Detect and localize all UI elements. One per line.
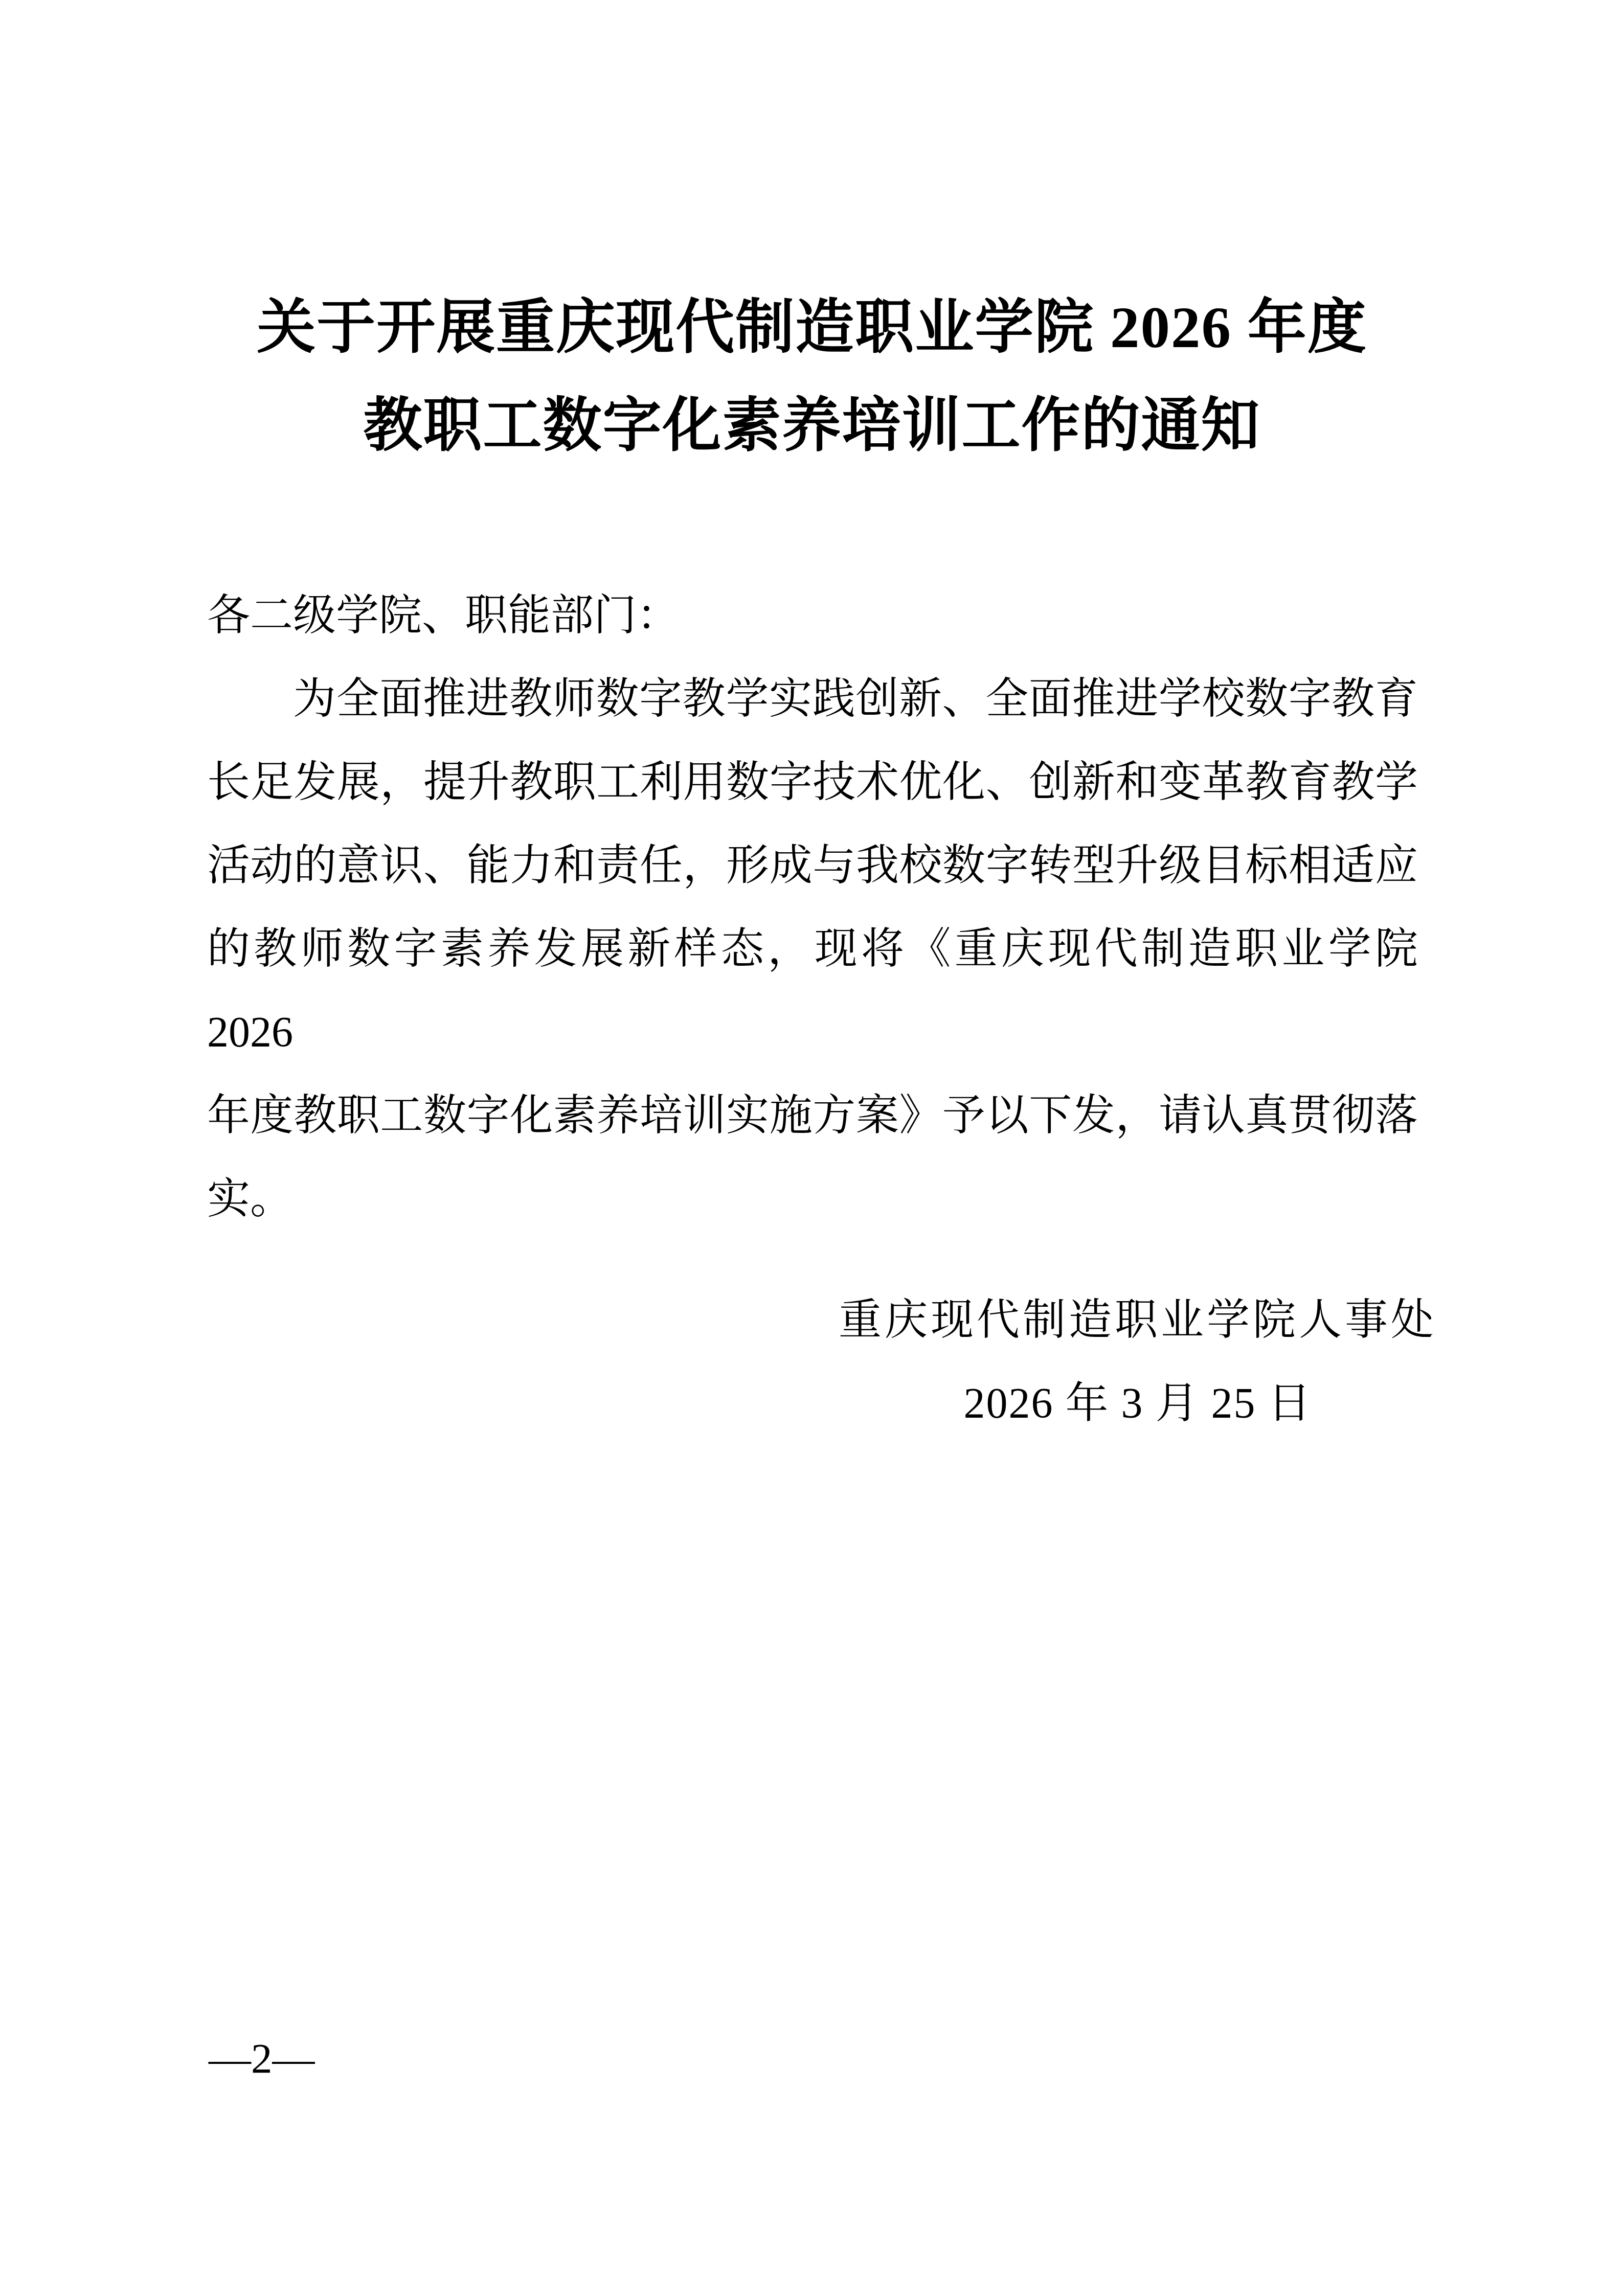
- document-title: 关于开展重庆现代制造职业学院 2026 年度 教职工数字化素养培训工作的通知: [0, 279, 1624, 475]
- document-body: 各二级学院、职能部门： 为全面推进教师数字教学实践创新、全面推进学校数字教育 长…: [207, 574, 1418, 1241]
- paragraph-line: 长足发展，提升教职工利用数字技术优化、创新和变革教育教学: [207, 741, 1418, 824]
- paragraph-line: 年度教职工数字化素养培训实施方案》予以下发，请认真贯彻落: [207, 1074, 1418, 1157]
- signature-department: 重庆现代制造职业学院人事处: [839, 1279, 1437, 1362]
- signature-date: 2026 年 3 月 25 日: [839, 1362, 1437, 1445]
- paragraph-line: 活动的意识、能力和责任，形成与我校数字转型升级目标相适应: [207, 824, 1418, 907]
- document-page: 关于开展重庆现代制造职业学院 2026 年度 教职工数字化素养培训工作的通知 各…: [0, 0, 1624, 2296]
- paragraph-line: 为全面推进教师数字教学实践创新、全面推进学校数字教育: [207, 657, 1418, 741]
- paragraph-line: 的教师数字素养发展新样态，现将《重庆现代制造职业学院 2026: [207, 907, 1418, 1074]
- salutation: 各二级学院、职能部门：: [207, 574, 1418, 657]
- signature-inner: 重庆现代制造职业学院人事处 2026 年 3 月 25 日: [839, 1279, 1437, 1445]
- paragraph-line: 实。: [207, 1157, 1418, 1241]
- document-title-line-2: 教职工数字化素养培训工作的通知: [0, 377, 1624, 475]
- page-number: —2—: [209, 2037, 315, 2080]
- signature-block: 重庆现代制造职业学院人事处 2026 年 3 月 25 日: [0, 1279, 1437, 1445]
- document-title-line-1: 关于开展重庆现代制造职业学院 2026 年度: [0, 279, 1624, 377]
